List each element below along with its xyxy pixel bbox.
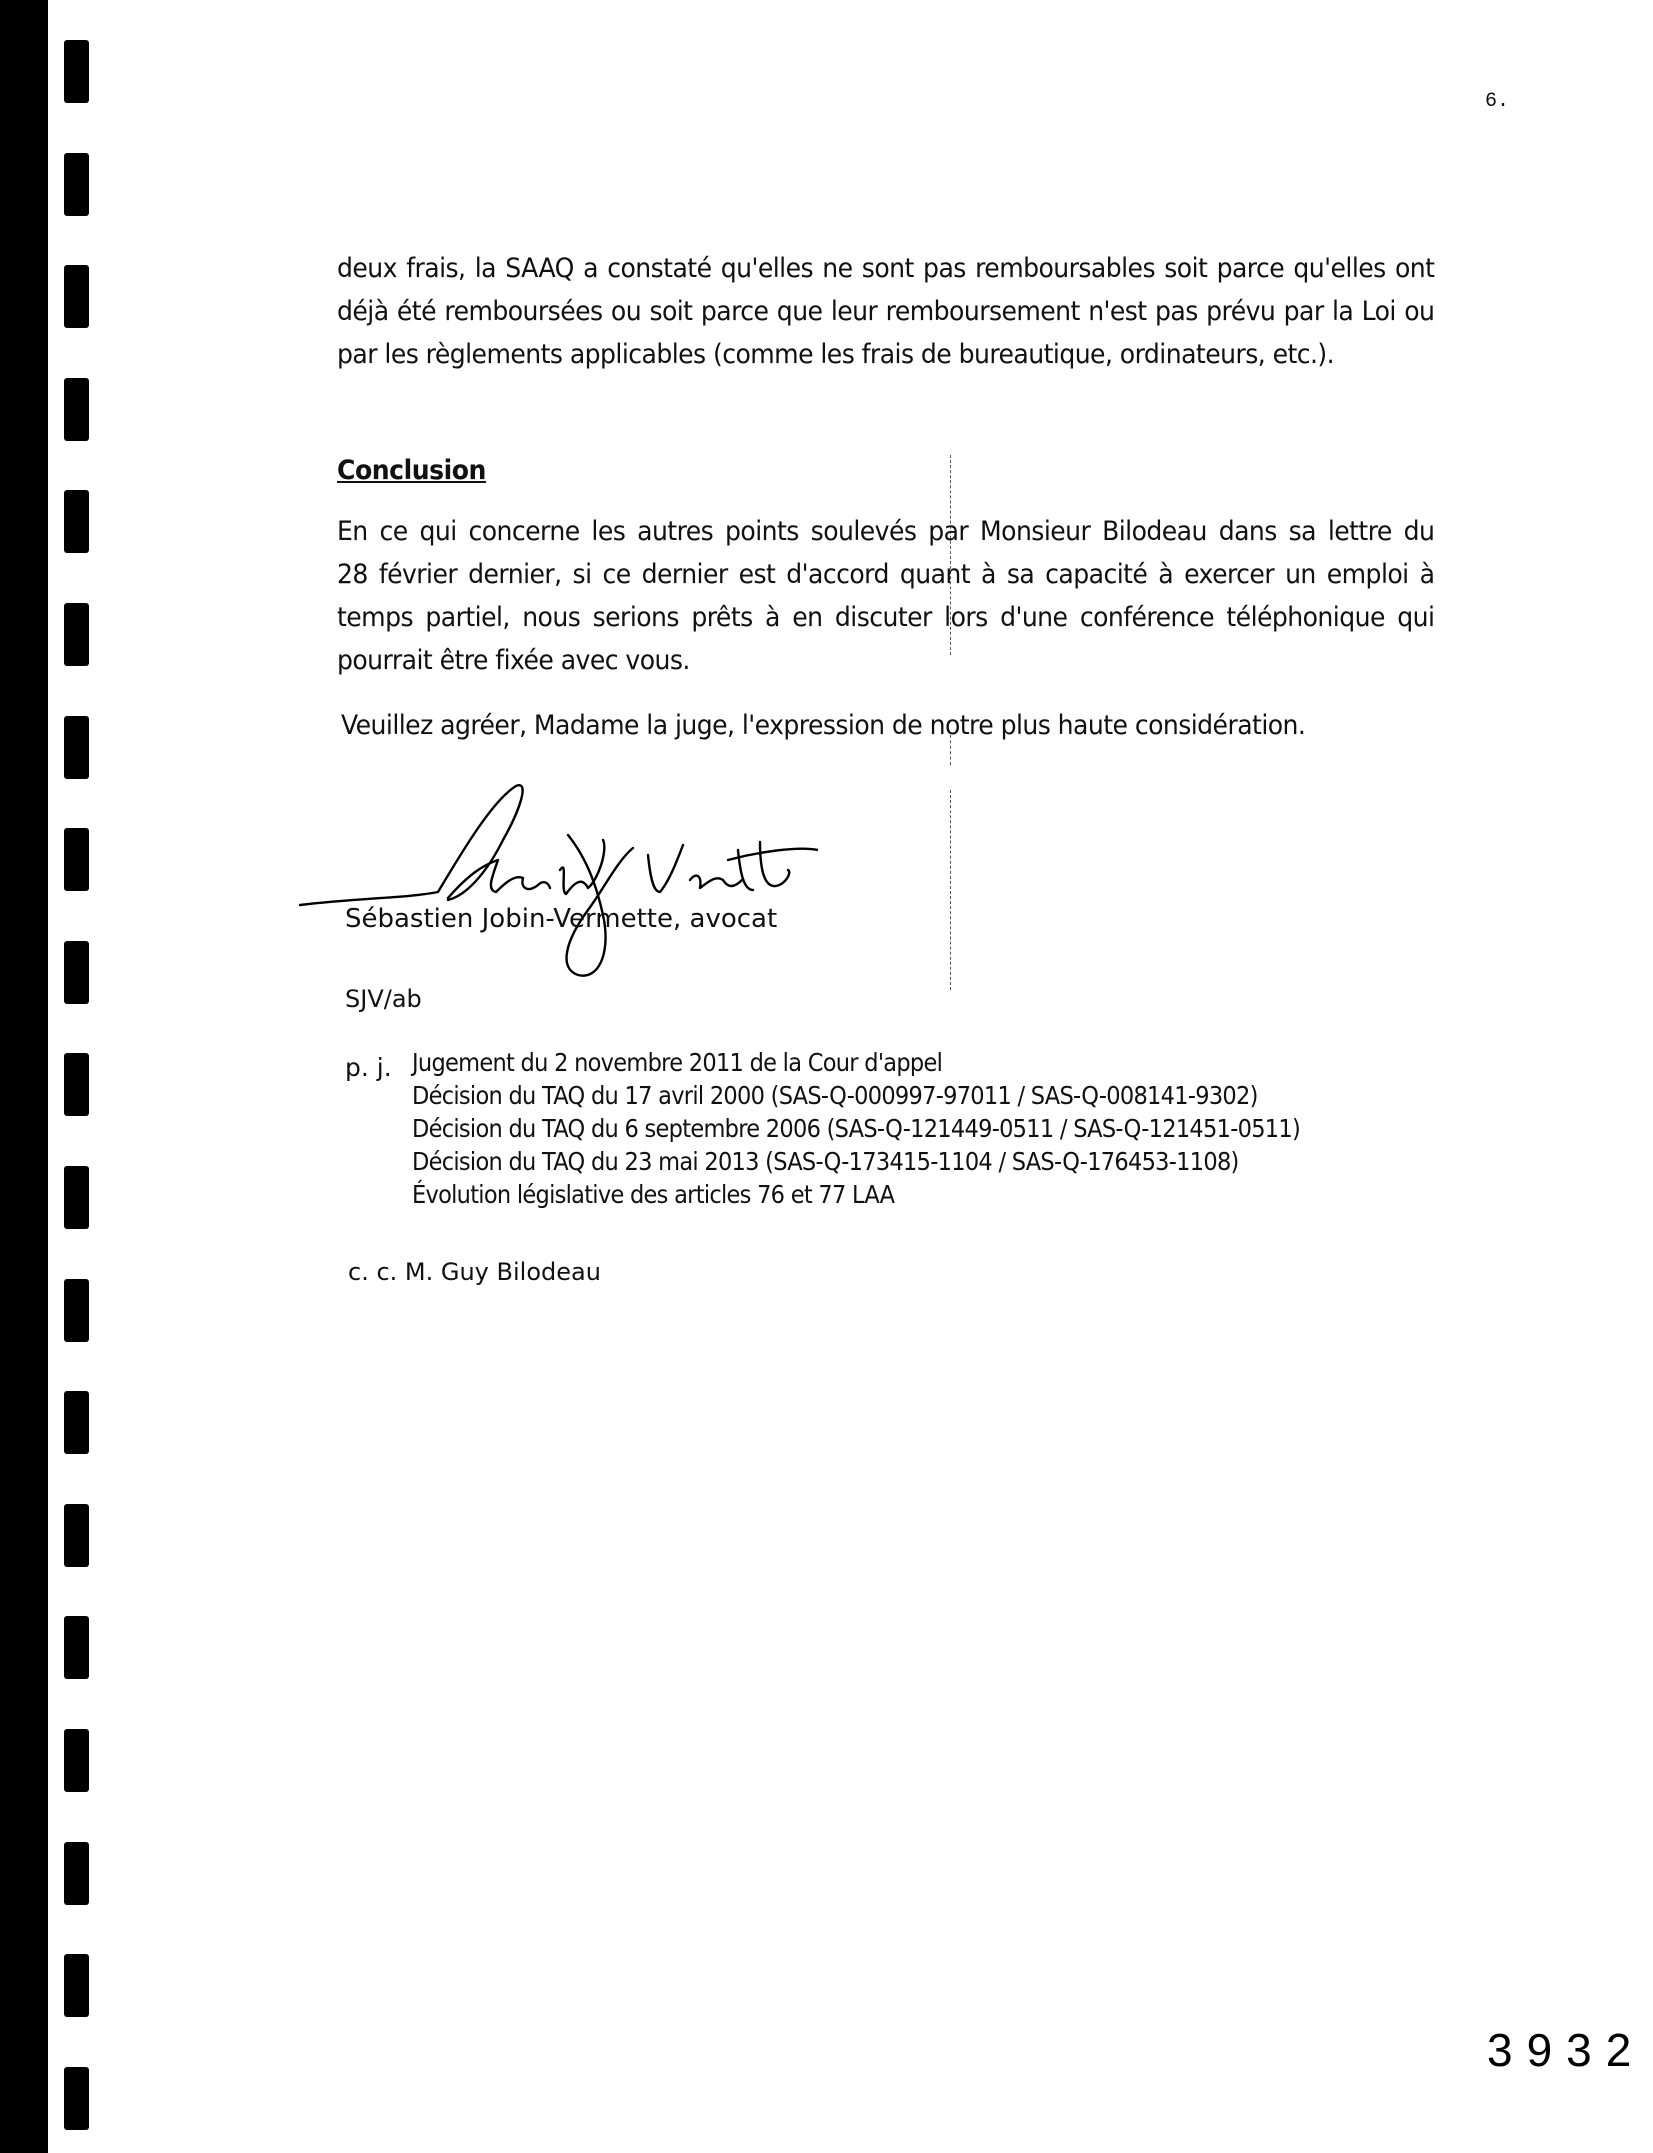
punch-hole <box>64 1616 89 1679</box>
punch-hole <box>64 1053 89 1116</box>
punch-hole <box>64 378 89 441</box>
attachments-label: p. j. <box>345 1053 392 1082</box>
paragraph-line: déjà été remboursées ou soit parce que l… <box>337 290 1434 333</box>
fold-line <box>950 790 951 990</box>
paragraph-line: 28 février dernier, si ce dernier est d'… <box>337 553 1434 596</box>
punch-hole <box>64 828 89 891</box>
punch-hole <box>64 490 89 553</box>
punch-hole <box>64 716 89 779</box>
closing-salutation: Veuillez agréer, Madame la juge, l'expre… <box>341 710 1305 741</box>
reference-initials: SJV/ab <box>345 985 422 1013</box>
paragraph-line: pourrait être fixée avec vous. <box>337 639 1434 682</box>
punch-hole <box>64 40 89 103</box>
handwritten-signature-icon <box>298 780 818 980</box>
punch-hole <box>64 1504 89 1567</box>
paragraph-line: En ce qui concerne les autres points sou… <box>337 510 1434 553</box>
punch-hole <box>64 2067 89 2130</box>
section-heading-conclusion: Conclusion <box>337 455 486 486</box>
attachment-item: Décision du TAQ du 6 septembre 2006 (SAS… <box>412 1112 1300 1145</box>
attachment-item: Jugement du 2 novembre 2011 de la Cour d… <box>412 1046 1300 1079</box>
conclusion-paragraph: En ce qui concerne les autres points sou… <box>337 510 1434 682</box>
scan-edge-strip <box>0 0 48 2153</box>
punch-hole <box>64 1842 89 1905</box>
attachment-item: Décision du TAQ du 23 mai 2013 (SAS-Q-17… <box>412 1145 1300 1178</box>
punch-hole <box>64 1279 89 1342</box>
attachments-list: Jugement du 2 novembre 2011 de la Cour d… <box>412 1046 1300 1211</box>
page-number: 6. <box>1485 90 1509 113</box>
paragraph-line: par les règlements applicables (comme le… <box>337 333 1434 376</box>
punch-hole <box>64 1954 89 2017</box>
attachment-item: Évolution législative des articles 76 et… <box>412 1178 1300 1211</box>
intro-paragraph: deux frais, la SAAQ a constaté qu'elles … <box>337 247 1434 376</box>
carbon-copy: c. c. M. Guy Bilodeau <box>348 1258 601 1286</box>
punch-hole <box>64 1729 89 1792</box>
signer-name: Sébastien Jobin-Vermette, avocat <box>345 904 777 934</box>
attachment-item: Décision du TAQ du 17 avril 2000 (SAS-Q-… <box>412 1079 1300 1112</box>
paragraph-line: deux frais, la SAAQ a constaté qu'elles … <box>337 247 1434 290</box>
punch-hole <box>64 1166 89 1229</box>
bates-number: 3932 <box>1487 2023 1645 2077</box>
punch-hole <box>64 153 89 216</box>
punch-hole <box>64 265 89 328</box>
punch-hole <box>64 603 89 666</box>
paragraph-line: temps partiel, nous serions prêts à en d… <box>337 596 1434 639</box>
punch-hole <box>64 1391 89 1454</box>
punch-hole <box>64 941 89 1004</box>
